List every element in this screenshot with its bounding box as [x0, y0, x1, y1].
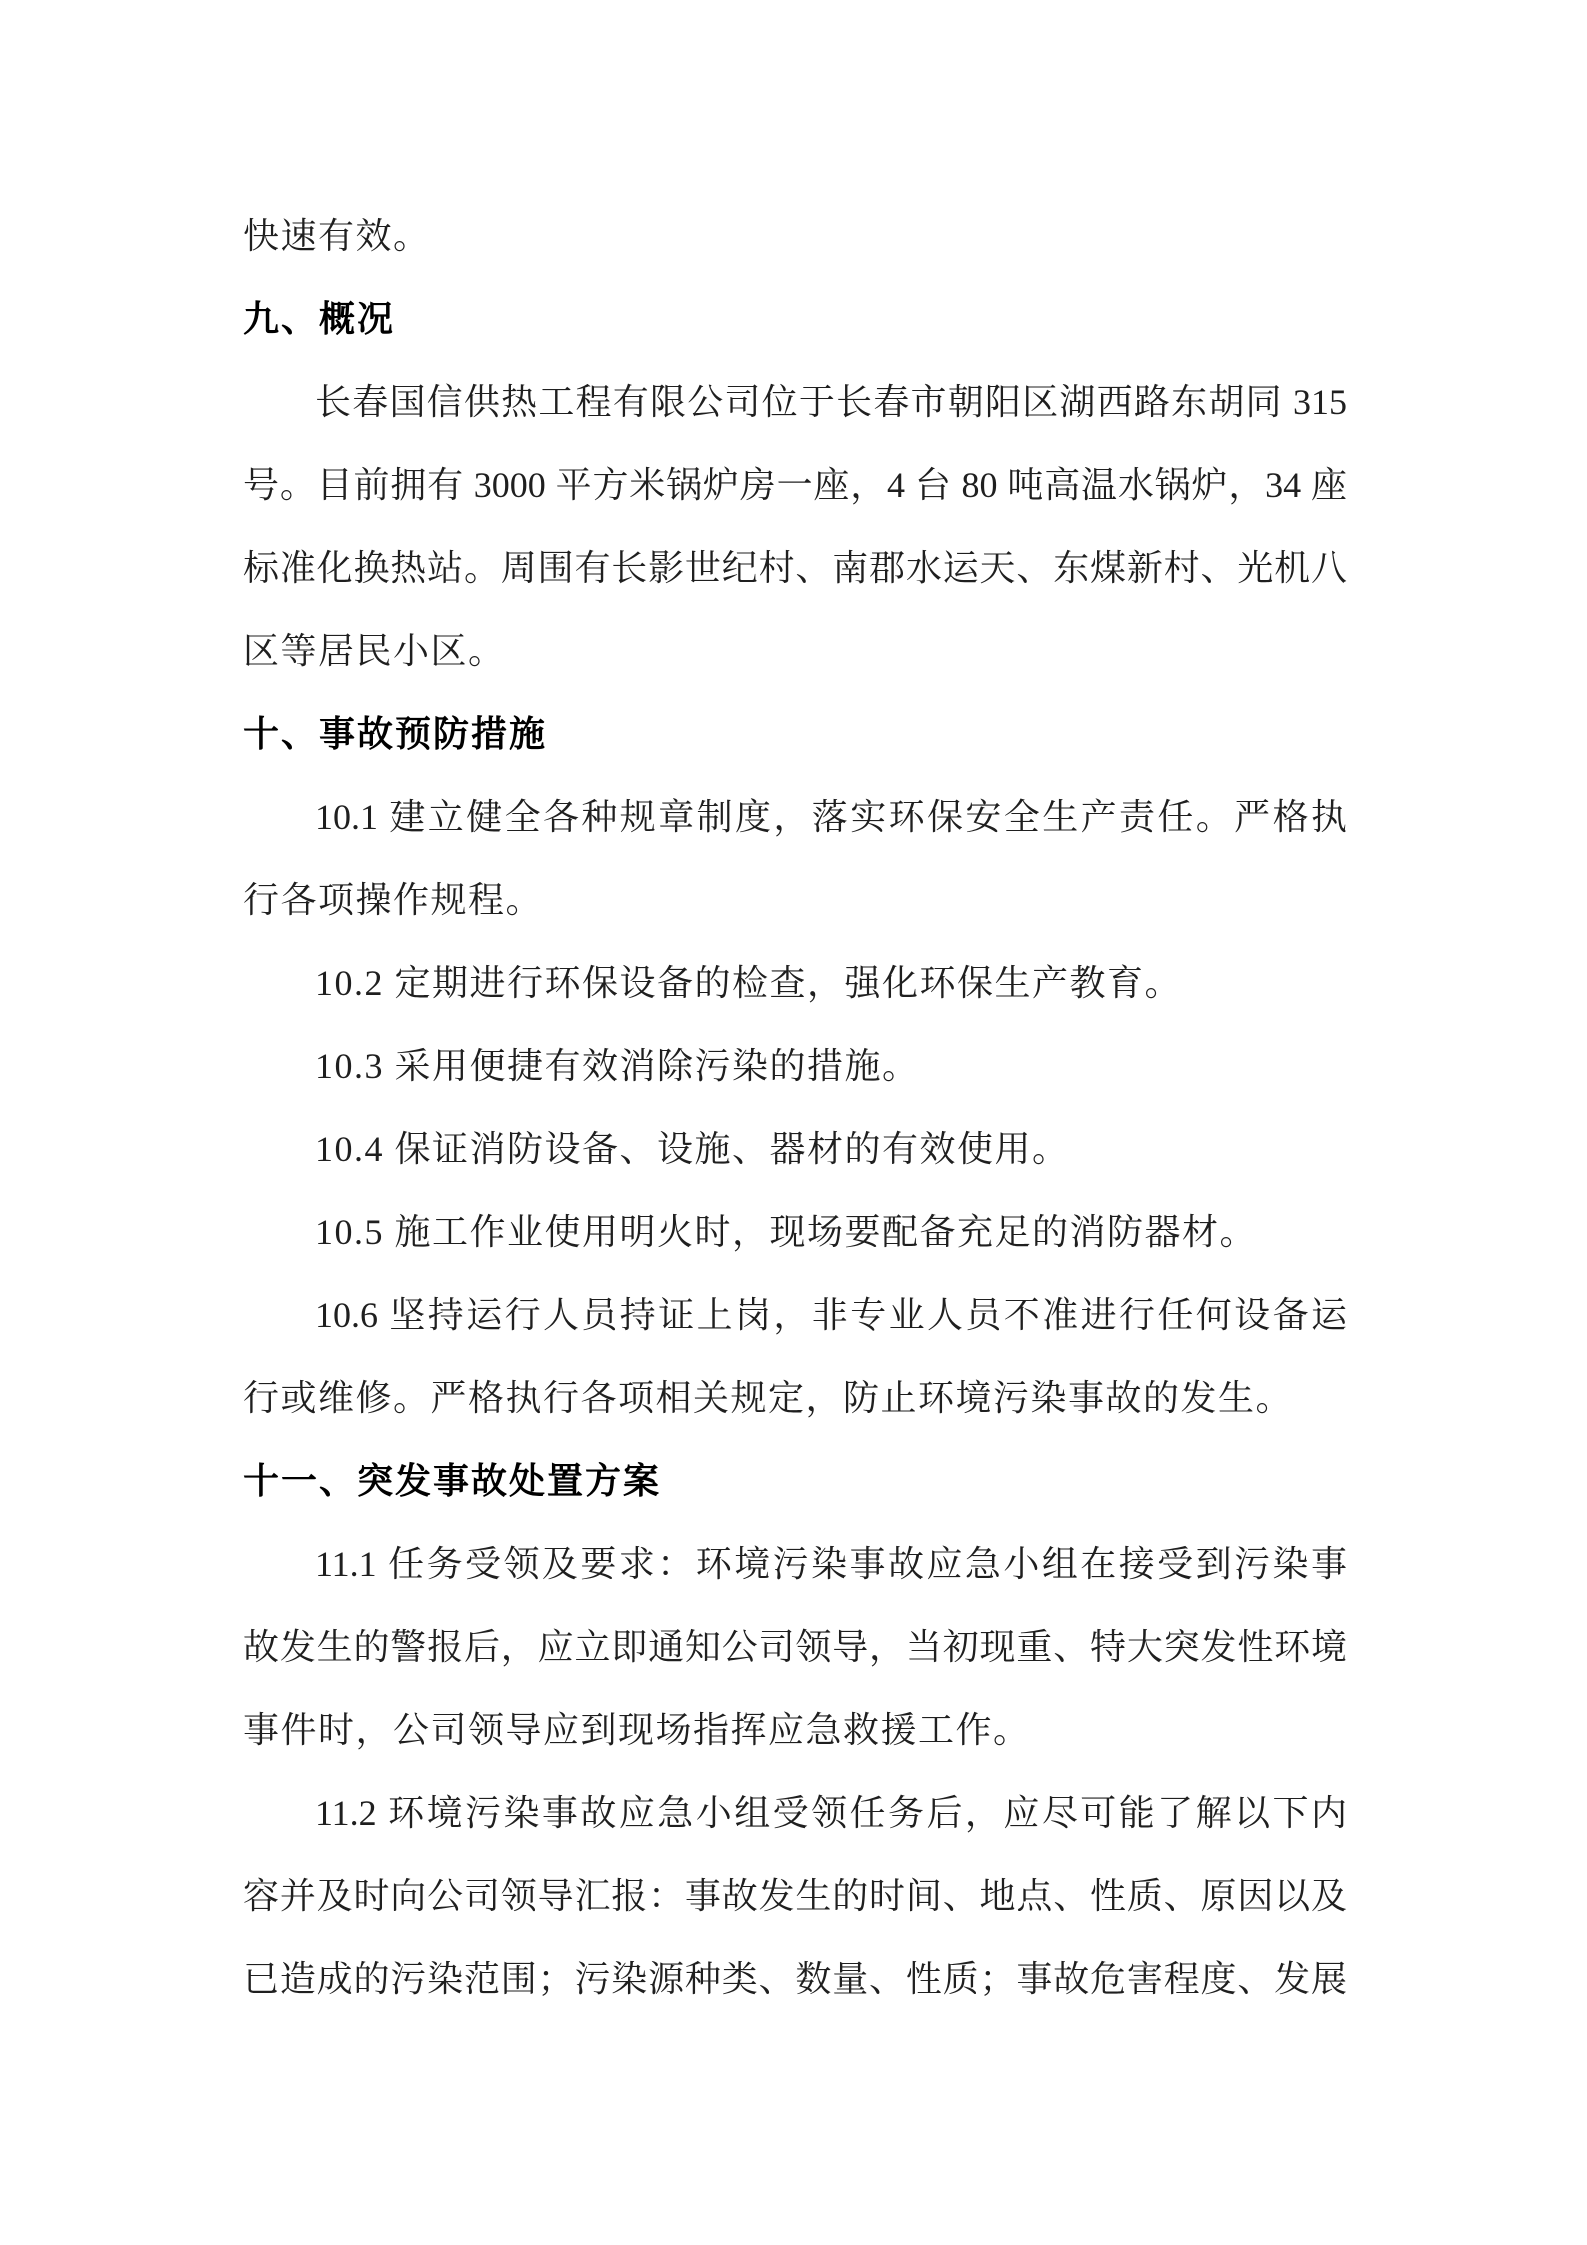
- body-line: 10.3 采用便捷有效消除污染的措施。: [243, 1025, 1347, 1108]
- body-line: 区等居民小区。: [243, 610, 1347, 693]
- body-line: 行各项操作规程。: [243, 859, 1347, 942]
- body-line: 标准化换热站。周围有长影世纪村、南郡水运天、东煤新村、光机八: [243, 527, 1347, 610]
- body-line: 10.1 建立健全各种规章制度，落实环保安全生产责任。严格执: [243, 776, 1347, 859]
- body-line: 10.6 坚持运行人员持证上岗，非专业人员不准进行任何设备运: [243, 1274, 1347, 1357]
- body-line: 已造成的污染范围；污染源种类、数量、性质；事故危害程度、发展: [243, 1938, 1347, 2021]
- section-heading-9: 九、概况: [243, 278, 1347, 361]
- body-line: 故发生的警报后，应立即通知公司领导，当初现重、特大突发性环境: [243, 1606, 1347, 1689]
- body-line: 10.5 施工作业使用明火时，现场要配备充足的消防器材。: [243, 1191, 1347, 1274]
- body-line: 11.2 环境污染事故应急小组受领任务后，应尽可能了解以下内: [243, 1772, 1347, 1855]
- body-line: 行或维修。严格执行各项相关规定，防止环境污染事故的发生。: [243, 1357, 1347, 1440]
- body-line: 号。目前拥有 3000 平方米锅炉房一座，4 台 80 吨高温水锅炉，34 座: [243, 444, 1347, 527]
- body-line: 长春国信供热工程有限公司位于长春市朝阳区湖西路东胡同 315: [243, 361, 1347, 444]
- document-page: 快速有效。 九、概况 长春国信供热工程有限公司位于长春市朝阳区湖西路东胡同 31…: [0, 0, 1587, 2245]
- section-heading-11: 十一、突发事故处置方案: [243, 1440, 1347, 1523]
- body-line: 11.1 任务受领及要求：环境污染事故应急小组在接受到污染事: [243, 1523, 1347, 1606]
- body-line: 事件时，公司领导应到现场指挥应急救援工作。: [243, 1689, 1347, 1772]
- body-line: 10.2 定期进行环保设备的检查，强化环保生产教育。: [243, 942, 1347, 1025]
- section-heading-10: 十、事故预防措施: [243, 693, 1347, 776]
- body-line: 快速有效。: [243, 195, 1347, 278]
- body-line: 容并及时向公司领导汇报：事故发生的时间、地点、性质、原因以及: [243, 1855, 1347, 1938]
- body-line: 10.4 保证消防设备、设施、器材的有效使用。: [243, 1108, 1347, 1191]
